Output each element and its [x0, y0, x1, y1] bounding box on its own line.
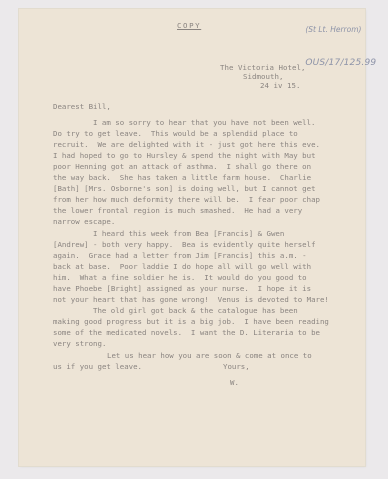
- archive-reference-number: OUS/17/125.99: [305, 58, 376, 68]
- text-line: making good progress but it is a big job…: [53, 316, 329, 327]
- archive-note-line: (St Lt. Herrom): [305, 25, 361, 34]
- paragraph-2: I heard this week from Bea [Francis] & G…: [53, 228, 329, 306]
- sender-address: The Victoria Hotel, Sidmouth, 24 iv 15.: [220, 64, 306, 91]
- text-line: some of the medicated novels. I want the…: [53, 327, 329, 338]
- text-line: I heard this week from Bea [Francis] & G…: [53, 228, 329, 239]
- text-line: Do try to get leave. This would be a spl…: [53, 128, 329, 139]
- copy-heading: COPY: [177, 22, 201, 29]
- text-line: the lower frontal region is much smashed…: [53, 205, 329, 216]
- text-line: [Andrew] - both very happy. Bea is evide…: [53, 239, 329, 250]
- text-line: recruit. We are delighted with it - just…: [53, 139, 329, 150]
- text-line: poor Henning got an attack of asthma. I …: [53, 161, 329, 172]
- salutation: Dearest Bill,: [53, 101, 329, 112]
- text-line: The old girl got back & the catalogue ha…: [53, 305, 329, 316]
- paragraph-4: Let us hear how you are soon & come at o…: [53, 350, 329, 372]
- closing-row: us if you get leave. Yours,: [53, 361, 329, 372]
- text-line: have Phoebe [Bright] assigned as your nu…: [53, 283, 329, 294]
- text-line: very strong.: [53, 338, 329, 349]
- text-line: from her how much deformity there will b…: [53, 194, 329, 205]
- closing: Yours,: [223, 361, 250, 372]
- text-line: the way back. She has taken a little far…: [53, 172, 329, 183]
- text-line: [Bath] [Mrs. Osborne's son] is doing wel…: [53, 183, 329, 194]
- text-line: Let us hear how you are soon & come at o…: [53, 350, 329, 361]
- letter-body: Dearest Bill, I am so sorry to hear that…: [53, 101, 329, 388]
- text-line: again. Grace had a letter from Jim [Fran…: [53, 250, 329, 261]
- paragraph-3: The old girl got back & the catalogue ha…: [53, 305, 329, 349]
- text-line: him. What a fine soldier he is. It would…: [53, 272, 329, 283]
- text-line: I had hoped to go to Hursley & spend the…: [53, 150, 329, 161]
- scan-background: COPY (St Lt. Herrom) OUS/17/125.99 The V…: [0, 0, 388, 479]
- paragraph-1: I am so sorry to hear that you have not …: [53, 117, 329, 228]
- letter-date: 24 iv 15.: [220, 82, 306, 91]
- text-line: I am so sorry to hear that you have not …: [53, 117, 329, 128]
- signature: W.: [53, 377, 329, 388]
- text-line: us if you get leave.: [53, 361, 329, 372]
- text-line: not your heart that has gone wrong! Venu…: [53, 294, 329, 305]
- text-line: back at base. Poor laddie I do hope all …: [53, 261, 329, 272]
- letter-page: COPY (St Lt. Herrom) OUS/17/125.99 The V…: [19, 9, 365, 466]
- text-line: narrow escape.: [53, 216, 329, 227]
